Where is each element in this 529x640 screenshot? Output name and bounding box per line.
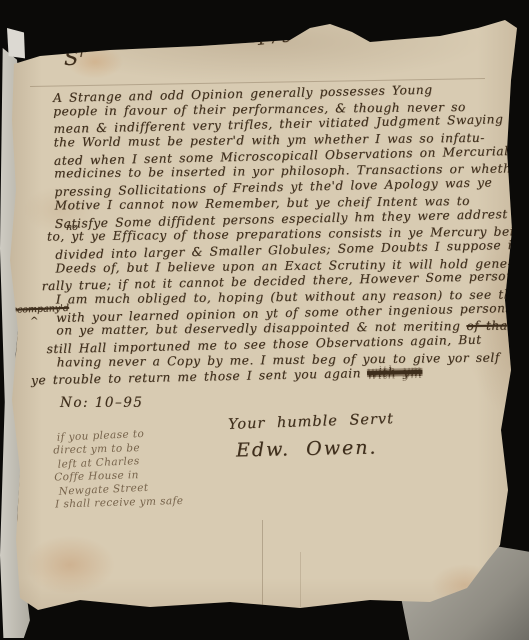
- date-line: No: 10–95: [60, 395, 143, 411]
- letter-body: A Strange and odd Opinion generally poss…: [53, 83, 513, 387]
- struck-scribble-text: with ym: [367, 365, 423, 380]
- folio-number: 179: [255, 26, 295, 50]
- photo-background: Sr 179 A Strange and odd Opinion general…: [0, 0, 529, 640]
- crease-vertical: [300, 552, 301, 607]
- postscript: if you please to direct ym to be left at…: [57, 425, 230, 512]
- salutation-superscript: r: [79, 46, 86, 60]
- crease-vertical: [262, 520, 263, 618]
- closing-line: Your humble Servt: [228, 411, 394, 433]
- manuscript-paper: Sr 179 A Strange and odd Opinion general…: [0, 0, 529, 640]
- insertion-caret: ^: [30, 316, 38, 327]
- salutation: Sr: [64, 46, 86, 70]
- insertion-note: no: [66, 222, 78, 233]
- signature: Edw. Owen.: [236, 437, 378, 462]
- salutation-base: S: [64, 46, 79, 70]
